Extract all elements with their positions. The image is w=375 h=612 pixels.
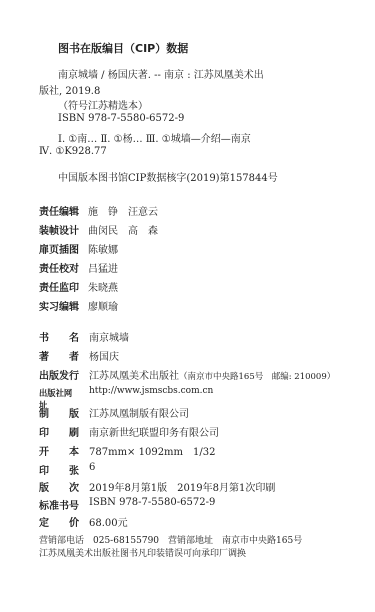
credit-value: 吕猛进: [88, 260, 118, 275]
pub-value-website[interactable]: http://www.jsmscbs.com.cn: [89, 386, 213, 396]
credit-value: 施 铮 汪意云: [88, 203, 158, 218]
cip-line-isbn: ISBN 978-7-5580-6572-9: [58, 113, 184, 124]
pub-label-publisher: 出版发行: [39, 367, 79, 382]
credit-label: 责任编辑: [39, 203, 79, 218]
cip-line-series: （符号江苏精选本）: [58, 97, 148, 112]
cip-line-title: 南京城墙 / 杨国庆著. -- 南京 : 江苏凤凰美术出: [58, 66, 264, 81]
credit-label: 装帧设计: [39, 222, 79, 237]
cip-title: 图书在版编目（CIP）数据: [58, 40, 188, 56]
pub-value-printing: 南京新世纪联盟印务有限公司: [89, 424, 219, 439]
pub-value-plate-making: 江苏凤凰制版有限公司: [89, 405, 189, 420]
publisher-address-note: （南京市中央路165号 邮编: 210009）: [179, 372, 335, 382]
credit-label: 实习编辑: [39, 298, 79, 313]
pub-value-book-title: 南京城墙: [89, 329, 129, 344]
pub-label-sheets: 印张: [39, 462, 79, 477]
pub-value-edition: 2019年8月第1版 2019年8月第1次印刷: [89, 479, 275, 494]
pub-label-printing: 印刷: [39, 424, 79, 439]
pub-value-isbn: ISBN 978-7-5580-6572-9: [89, 497, 215, 508]
marketing-contact: 营销部电话 025-68155790 营销部地址 南京市中央路165号: [39, 533, 302, 546]
cip-line-publisher: 版社, 2019.8: [39, 82, 100, 97]
pub-label-format: 开本: [39, 443, 79, 458]
credit-value: 曲闵民 高 森: [88, 222, 158, 237]
credit-value: 陈敏娜: [88, 241, 118, 256]
cip-line-subjects: Ⅰ. ①南… Ⅱ. ①杨… Ⅲ. ①城墙—介绍—南京: [58, 130, 251, 145]
pub-value-price: 68.00元: [89, 514, 128, 529]
cip-line-classification: Ⅳ. ①K928.77: [39, 146, 107, 157]
credit-label: 责任监印: [39, 279, 79, 294]
pub-value-author: 杨国庆: [89, 348, 119, 363]
printing-error-notice: 江苏凤凰美术出版社图书凡印装错误可向承印厂调换: [39, 546, 246, 559]
pub-label-edition: 版次: [39, 479, 79, 494]
pub-label-isbn: 标准书号: [39, 497, 79, 512]
pub-label-book-title: 书名: [39, 329, 79, 344]
pub-label-plate-making: 制版: [39, 405, 79, 420]
credit-label: 扉页插图: [39, 241, 79, 256]
pub-value-publisher: 江苏凤凰美术出版社（南京市中央路165号 邮编: 210009）: [89, 367, 335, 382]
pub-label-price: 定价: [39, 514, 79, 529]
pub-value-sheets: 6: [89, 462, 95, 473]
pub-value-format: 787mm× 1092mm 1/32: [89, 443, 215, 458]
pub-label-author: 著者: [39, 348, 79, 363]
cip-verification: 中国版本图书馆CIP数据核字(2019)第157844号: [58, 169, 278, 184]
credit-value: 朱晓燕: [88, 279, 118, 294]
credit-label: 责任校对: [39, 260, 79, 275]
credit-value: 廖顺瑜: [88, 298, 118, 313]
